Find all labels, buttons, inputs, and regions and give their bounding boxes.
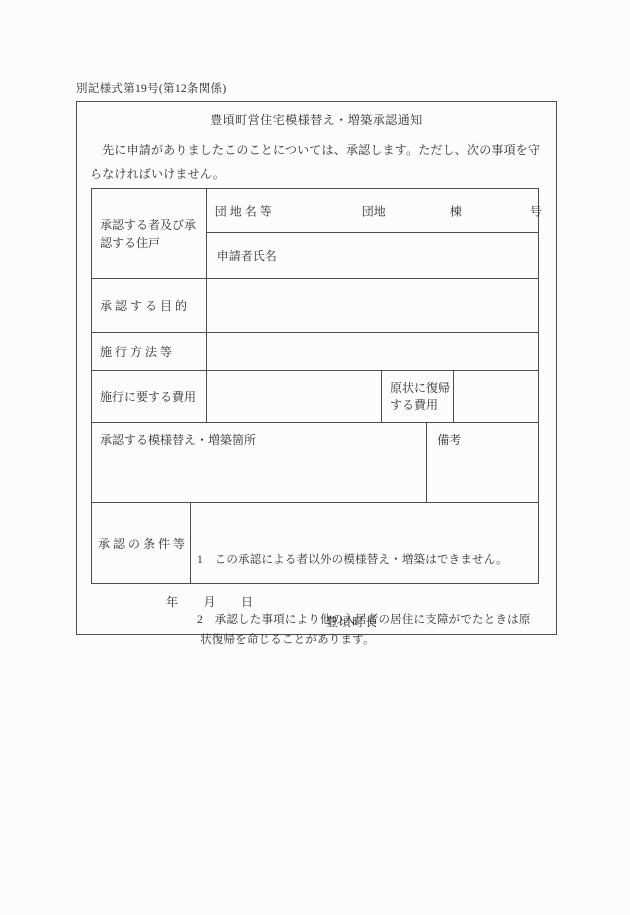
- estate-name-cell: 団 地 名 等 団地 棟 号: [207, 189, 538, 233]
- approval-notice-form: 豊頃町営住宅模様替え・増築承認通知 先に申請がありましたこのことについては、承認…: [76, 101, 557, 635]
- method-value-cell: [206, 333, 538, 370]
- table-row-method: 施 行 方 法 等: [92, 332, 538, 370]
- approved-locations-label: 承認する模様替え・増築箇所: [92, 423, 426, 502]
- approver-residence-label: 承認する者及び承認する住戸: [92, 189, 206, 278]
- estate-name-label: 団 地 名 等: [215, 202, 272, 219]
- purpose-label: 承 認 す る 目 的: [92, 279, 206, 332]
- table-row-purpose: 承 認 す る 目 的: [92, 278, 538, 332]
- applicant-name-label: 申請者氏名: [217, 247, 277, 264]
- applicant-name-cell: 申請者氏名: [207, 233, 538, 277]
- document-page: 別記様式第19号(第12条関係) 豊頃町営住宅模様替え・増築承認通知 先に申請が…: [0, 0, 630, 915]
- date-line: 年 月 日: [166, 593, 254, 610]
- condition-item-1: 1 この承認による者以外の模様替え・増築はできません。: [197, 550, 536, 570]
- cost-label: 施行に要する費用: [92, 371, 206, 422]
- cost-value-cell: [206, 371, 381, 422]
- approver-residence-cells: 団 地 名 等 団地 棟 号 申請者氏名: [206, 189, 538, 278]
- purpose-value-cell: [206, 279, 538, 332]
- mayor-signature: 豊頃町長: [326, 613, 378, 630]
- form-title: 豊頃町営住宅模様替え・増築承認通知: [77, 111, 556, 128]
- table-row-cost: 施行に要する費用 原状に復帰する費用: [92, 370, 538, 422]
- estate-unit-label: 団地: [362, 202, 386, 219]
- conditions-label: 承 認 の 条 件 等: [92, 503, 190, 583]
- remarks-label: 備考: [426, 423, 538, 502]
- form-number-label: 別記様式第19号(第12条関係): [76, 80, 226, 96]
- restore-cost-value-cell: [453, 371, 538, 422]
- number-unit-label: 号: [530, 202, 542, 219]
- building-unit-label: 棟: [450, 202, 462, 219]
- table-row-approver: 承認する者及び承認する住戸 団 地 名 等 団地 棟 号 申請者氏名: [92, 189, 538, 278]
- table-row-locations: 承認する模様替え・増築箇所 備考: [92, 422, 538, 502]
- method-label: 施 行 方 法 等: [92, 333, 206, 370]
- table-row-conditions: 承 認 の 条 件 等 1 この承認による者以外の模様替え・増築はできません。 …: [92, 502, 538, 583]
- intro-paragraph: 先に申請がありましたこのことについては、承認します。ただし、次の事項を守らなけれ…: [90, 138, 548, 186]
- approval-table: 承認する者及び承認する住戸 団 地 名 等 団地 棟 号 申請者氏名 承 認 す…: [91, 188, 539, 584]
- conditions-text-cell: 1 この承認による者以外の模様替え・増築はできません。 2 承認した事項により他…: [190, 503, 538, 583]
- restore-cost-label: 原状に復帰する費用: [381, 371, 453, 422]
